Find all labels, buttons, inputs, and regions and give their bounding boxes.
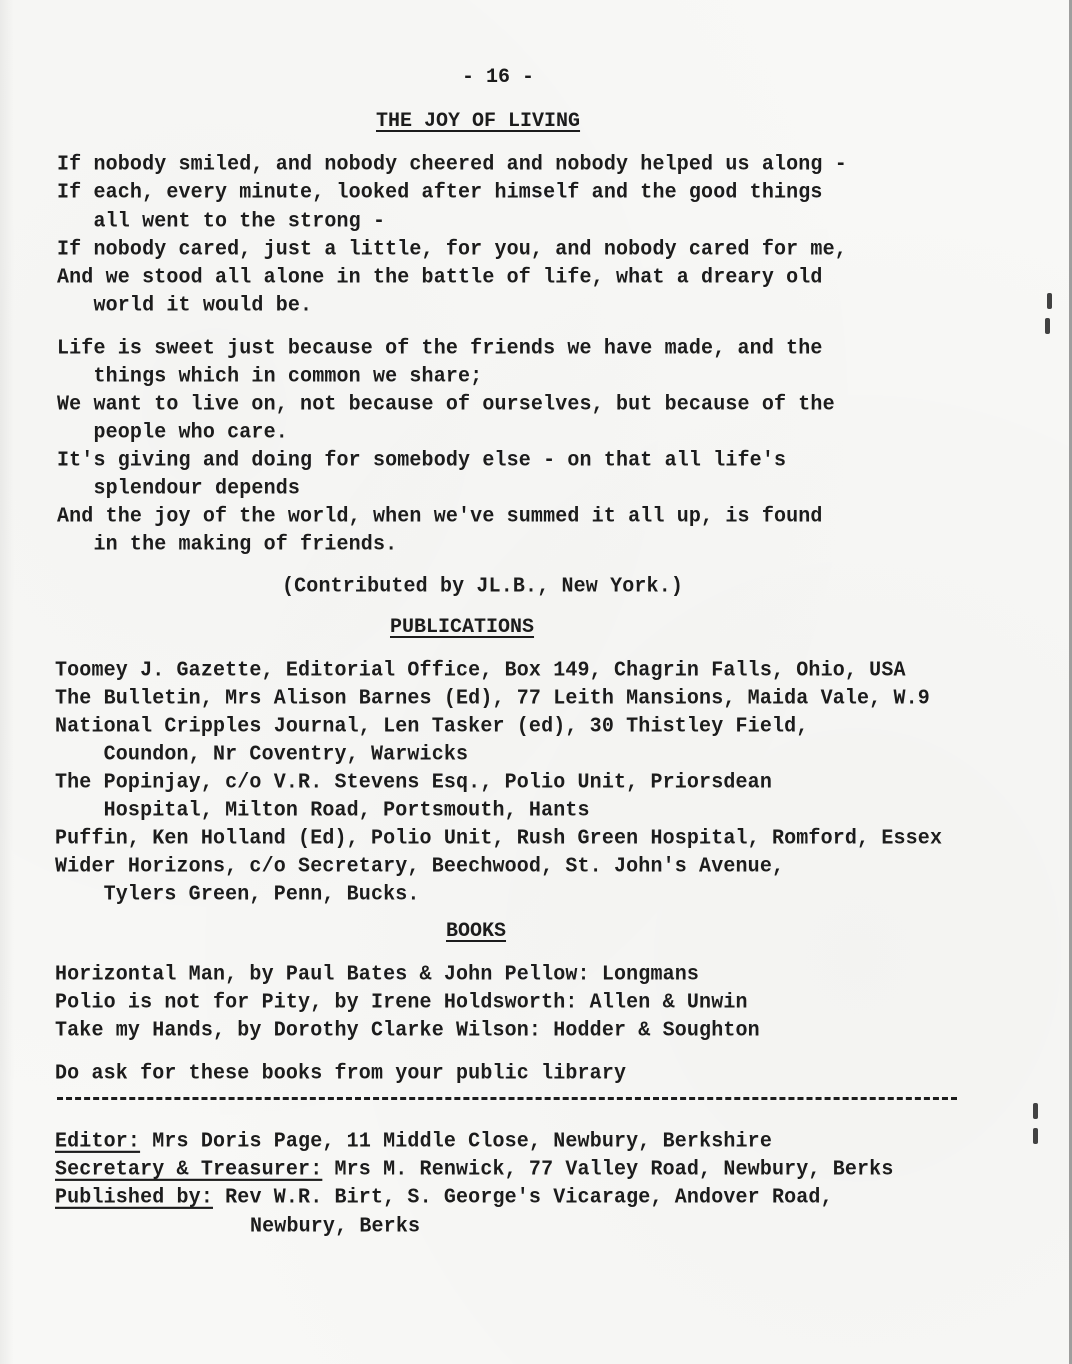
poem-line: Life is sweet just because of the friend… bbox=[57, 334, 823, 364]
poem-line: And we stood all alone in the battle of … bbox=[57, 263, 823, 293]
poem-line: If nobody smiled, and nobody cheered and… bbox=[57, 150, 847, 180]
publication-item: Puffin, Ken Holland (Ed), Polio Unit, Ru… bbox=[55, 824, 942, 854]
publication-item: National Cripples Journal, Len Tasker (e… bbox=[55, 712, 808, 742]
poem-line: world it would be. bbox=[57, 291, 312, 321]
publication-item: Wider Horizons, c/o Secretary, Beechwood… bbox=[55, 852, 784, 882]
book-item: Polio is not for Pity, by Irene Holdswor… bbox=[55, 988, 748, 1018]
poem-line: things which in common we share; bbox=[57, 362, 482, 392]
poem-line: splendour depends bbox=[57, 474, 300, 504]
poem-line: It's giving and doing for somebody else … bbox=[57, 446, 786, 476]
credit-label: Secretary & Treasurer: bbox=[55, 1157, 322, 1182]
poem-attribution: (Contributed by JL.B., New York.) bbox=[282, 572, 683, 602]
poem-line: If nobody cared, just a little, for you,… bbox=[57, 235, 847, 265]
credit-label: Published by: bbox=[55, 1185, 213, 1210]
publication-item: Hospital, Milton Road, Portsmouth, Hants bbox=[55, 796, 590, 826]
books-heading: BOOKS bbox=[446, 918, 506, 946]
credit-editor: Editor: Mrs Doris Page, 11 Middle Close,… bbox=[55, 1127, 772, 1157]
poem-title: THE JOY OF LIVING bbox=[376, 108, 580, 136]
poem-line: We want to live on, not because of ourse… bbox=[57, 390, 835, 420]
credit-text: Mrs M. Renwick, 77 Valley Road, Newbury,… bbox=[322, 1157, 893, 1182]
punch-hole-mark bbox=[1047, 293, 1052, 309]
book-item: Horizontal Man, by Paul Bates & John Pel… bbox=[55, 960, 699, 990]
dashed-separator bbox=[57, 1097, 957, 1100]
poem-line: people who care. bbox=[57, 418, 288, 448]
page-number: - 16 - bbox=[462, 64, 534, 92]
publication-item: Toomey J. Gazette, Editorial Office, Box… bbox=[55, 656, 906, 686]
credit-secretary: Secretary & Treasurer: Mrs M. Renwick, 7… bbox=[55, 1155, 894, 1185]
poem-line: in the making of friends. bbox=[57, 530, 397, 560]
publication-item: The Popinjay, c/o V.R. Stevens Esq., Pol… bbox=[55, 768, 772, 798]
punch-hole-mark bbox=[1033, 1103, 1038, 1119]
credit-text: Newbury, Berks bbox=[250, 1214, 420, 1239]
credit-publisher-cont: Newbury, Berks bbox=[250, 1212, 420, 1242]
publication-item: Tylers Green, Penn, Bucks. bbox=[55, 880, 420, 910]
poem-line: And the joy of the world, when we've sum… bbox=[57, 502, 823, 532]
publication-item: The Bulletin, Mrs Alison Barnes (Ed), 77… bbox=[55, 684, 930, 714]
poem-line: If each, every minute, looked after hims… bbox=[57, 178, 823, 208]
publication-item: Coundon, Nr Coventry, Warwicks bbox=[55, 740, 468, 770]
credit-label: Editor: bbox=[55, 1129, 140, 1154]
credit-publisher: Published by: Rev W.R. Birt, S. George's… bbox=[55, 1183, 833, 1213]
punch-hole-mark bbox=[1045, 318, 1050, 334]
credit-text: Mrs Doris Page, 11 Middle Close, Newbury… bbox=[140, 1129, 772, 1154]
punch-hole-mark bbox=[1033, 1128, 1038, 1144]
poem-line: all went to the strong - bbox=[57, 207, 385, 237]
publications-heading: PUBLICATIONS bbox=[390, 614, 534, 642]
credit-text: Rev W.R. Birt, S. George's Vicarage, And… bbox=[213, 1185, 833, 1210]
library-note: Do ask for these books from your public … bbox=[55, 1059, 626, 1089]
book-item: Take my Hands, by Dorothy Clarke Wilson:… bbox=[55, 1016, 760, 1046]
